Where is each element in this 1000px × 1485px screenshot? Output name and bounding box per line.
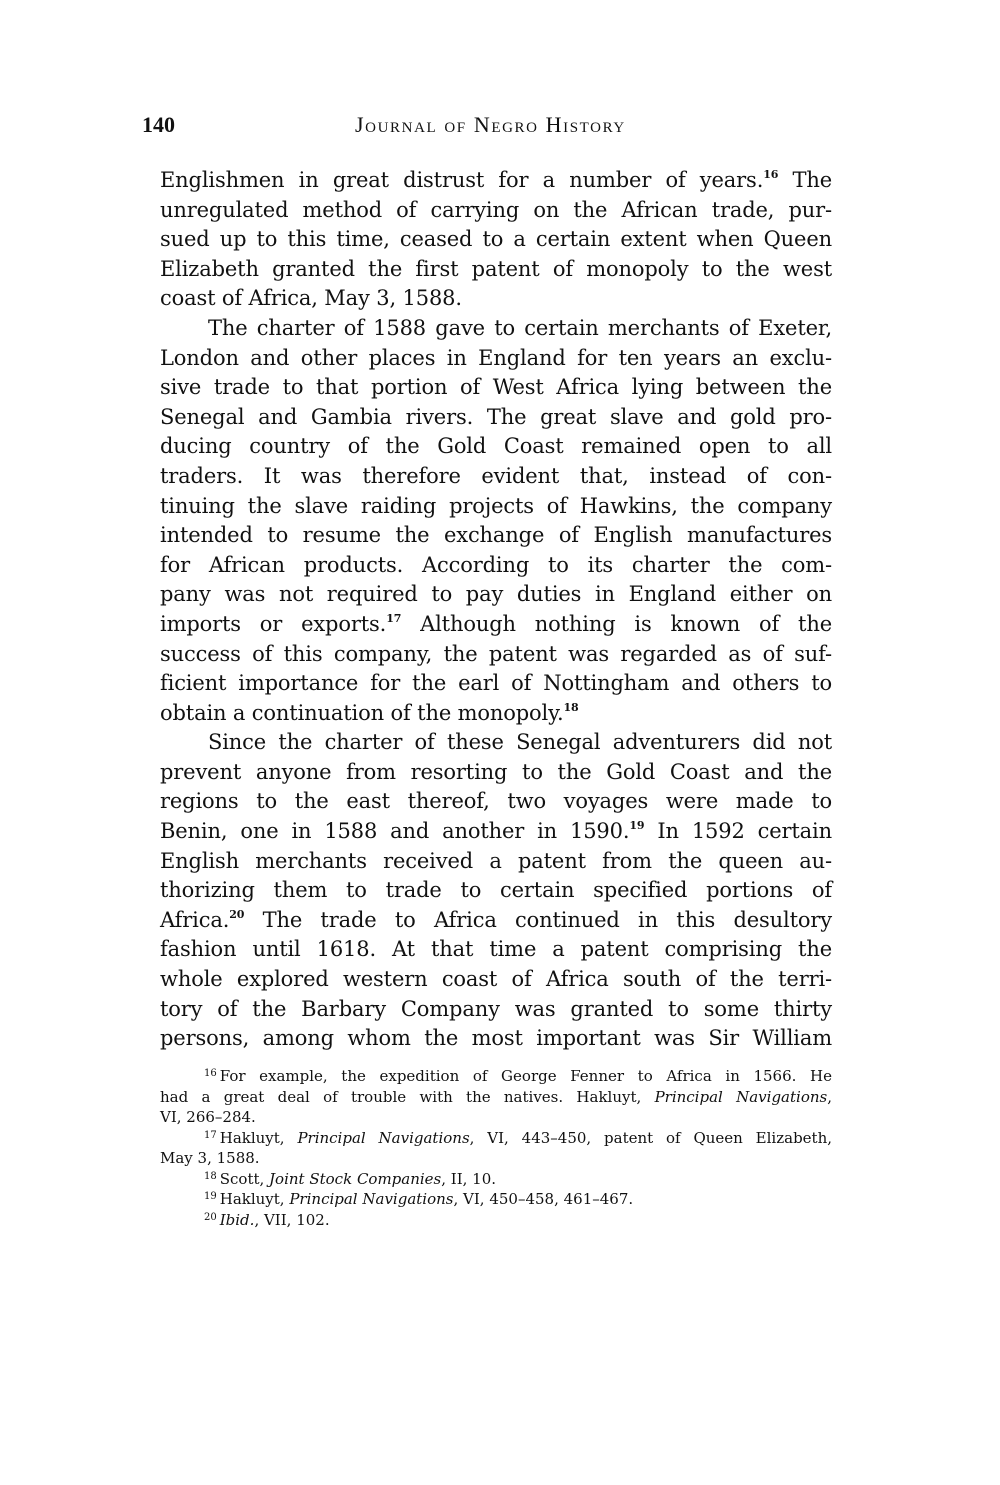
text-line: Benin, one in 1588 and another in 1590.1… <box>160 817 832 847</box>
footnote-number: 16 <box>204 1068 217 1079</box>
text-line: Elizabeth granted the first patent of mo… <box>160 255 832 285</box>
text-line: Africa.20 The trade to Africa continued … <box>160 906 832 936</box>
footnote-line: 20Ibid., VII, 102. <box>160 1210 832 1231</box>
footnote-line: 16For example, the expedition of George … <box>160 1066 832 1087</box>
text-line: unregulated method of carrying on the Af… <box>160 196 832 226</box>
text-line: Englishmen in great distrust for a numbe… <box>160 166 832 196</box>
text-line: tinuing the slave raiding projects of Ha… <box>160 492 832 522</box>
body-text: Englishmen in great distrust for a numbe… <box>160 166 832 1054</box>
footnote-18: 18Scott, Joint Stock Companies, II, 10. <box>160 1169 832 1190</box>
paragraph: Englishmen in great distrust for a numbe… <box>160 166 832 314</box>
text-line: tory of the Barbary Company was granted … <box>160 995 832 1025</box>
footnote-ref[interactable]: 20 <box>229 908 244 921</box>
footnote-number: 20 <box>204 1212 217 1223</box>
text-line: Senegal and Gambia rivers. The great sla… <box>160 403 832 433</box>
footnote-line: May 3, 1588. <box>160 1148 832 1169</box>
text-line: regions to the east thereof, two voyages… <box>160 787 832 817</box>
text-line: sued up to this time, ceased to a certai… <box>160 225 832 255</box>
text-line: success of this company, the patent was … <box>160 640 832 670</box>
text-line: London and other places in England for t… <box>160 344 832 374</box>
paragraph: The charter of 1588 gave to certain merc… <box>160 314 832 728</box>
text-line: persons, among whom the most important w… <box>160 1024 832 1054</box>
text-line: Since the charter of these Senegal adven… <box>160 728 832 758</box>
footnote-line: 19Hakluyt, Principal Navigations, VI, 45… <box>160 1189 832 1210</box>
footnote-line: 17Hakluyt, Principal Navigations, VI, 44… <box>160 1128 832 1149</box>
text-line: prevent anyone from resorting to the Gol… <box>160 758 832 788</box>
text-line: The charter of 1588 gave to certain merc… <box>160 314 832 344</box>
footnote-17: 17Hakluyt, Principal Navigations, VI, 44… <box>160 1128 832 1169</box>
document-page: 140 Journal of Negro History Englishmen … <box>0 0 1000 1485</box>
text-line: English merchants received a patent from… <box>160 847 832 877</box>
text-line: thorizing them to trade to certain speci… <box>160 876 832 906</box>
paragraph: Since the charter of these Senegal adven… <box>160 728 832 1054</box>
footnote-line: had a great deal of trouble with the nat… <box>160 1087 832 1108</box>
text-line: obtain a continuation of the monopoly.18 <box>160 699 832 729</box>
footnotes: 16For example, the expedition of George … <box>160 1066 832 1230</box>
footnote-ref[interactable]: 19 <box>629 819 644 832</box>
footnote-16: 16For example, the expedition of George … <box>160 1066 832 1128</box>
text-line: whole explored western coast of Africa s… <box>160 965 832 995</box>
footnote-20: 20Ibid., VII, 102. <box>160 1210 832 1231</box>
running-head: 140 Journal of Negro History <box>142 112 832 142</box>
footnote-ref[interactable]: 16 <box>763 168 778 181</box>
footnote-number: 19 <box>204 1191 217 1202</box>
text-line: imports or exports.17 Although nothing i… <box>160 610 832 640</box>
footnote-line: VI, 266–284. <box>160 1107 832 1128</box>
journal-title: Journal of Negro History <box>355 112 626 138</box>
text-line: ducing country of the Gold Coast remaine… <box>160 432 832 462</box>
text-line: for African products. According to its c… <box>160 551 832 581</box>
footnote-19: 19Hakluyt, Principal Navigations, VI, 45… <box>160 1189 832 1210</box>
text-line: ficient importance for the earl of Notti… <box>160 669 832 699</box>
footnote-line: 18Scott, Joint Stock Companies, II, 10. <box>160 1169 832 1190</box>
text-line: intended to resume the exchange of Engli… <box>160 521 832 551</box>
text-line: coast of Africa, May 3, 1588. <box>160 284 832 314</box>
page-number: 140 <box>142 112 175 138</box>
footnote-number: 18 <box>204 1171 217 1182</box>
footnote-ref[interactable]: 17 <box>386 612 401 625</box>
text-line: fashion until 1618. At that time a paten… <box>160 935 832 965</box>
footnote-ref[interactable]: 18 <box>564 701 579 714</box>
footnote-number: 17 <box>204 1130 217 1141</box>
text-line: traders. It was therefore evident that, … <box>160 462 832 492</box>
text-line: sive trade to that portion of West Afric… <box>160 373 832 403</box>
text-line: pany was not required to pay duties in E… <box>160 580 832 610</box>
